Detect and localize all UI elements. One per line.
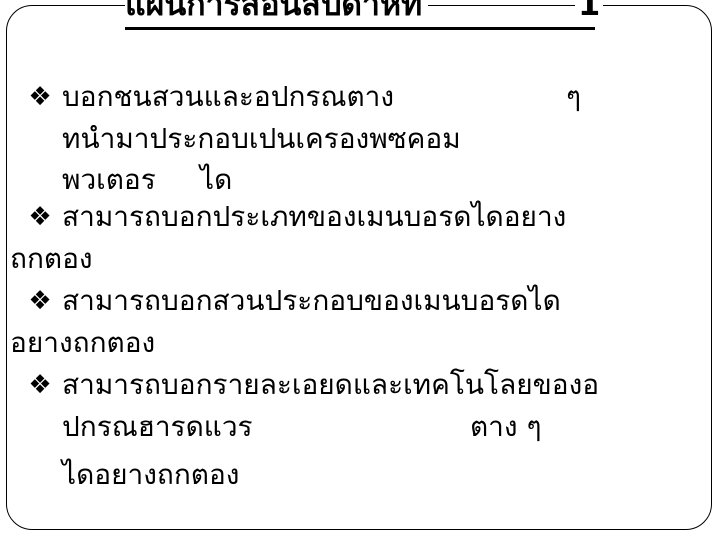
slide-title: แผนการสอนสัปดาห์ที่ bbox=[125, 0, 428, 22]
slide-title-number: 1 bbox=[575, 0, 603, 22]
diamond-bullet-icon: ❖ bbox=[26, 288, 54, 314]
bullet-4-line-1: สามารถบอกรายละเอยดและเทคโนโลยของอ bbox=[62, 368, 599, 402]
bullet-1-line-3: พวเตอร bbox=[62, 163, 156, 197]
bullet-3-line-2: อยางถกตอง bbox=[10, 326, 155, 360]
title-underline bbox=[125, 27, 595, 30]
bullet-2-line-1: สามารถบอกประเภทของเมนบอรดไดอยาง bbox=[62, 200, 566, 234]
bullet-1-line-2: ทนำมาประกอบเปนเครองพซคอม bbox=[62, 122, 461, 156]
bullet-1-line-1: บอกชนสวนและอปกรณตาง bbox=[62, 80, 394, 114]
slide-title-block: แผนการสอนสัปดาห์ที่ 1 bbox=[125, 0, 595, 30]
diamond-bullet-icon: ❖ bbox=[26, 204, 54, 230]
bullet-4-line-2: ปกรณฮารดแวร bbox=[62, 410, 253, 444]
bullet-1-line-3-suffix: ได bbox=[200, 163, 232, 197]
bullet-2-line-2: ถกตอง bbox=[10, 242, 93, 276]
bullet-3-line-1: สามารถบอกสวนประกอบของเมนบอรดได bbox=[62, 284, 561, 318]
bullet-1-line-1-suffix: ๆ bbox=[566, 80, 581, 114]
bullet-4-line-3: ไดอยางถกตอง bbox=[62, 458, 239, 492]
diamond-bullet-icon: ❖ bbox=[26, 372, 54, 398]
diamond-bullet-icon: ❖ bbox=[26, 84, 54, 110]
bullet-4-line-2-suffix: ตาง ๆ bbox=[470, 410, 542, 444]
